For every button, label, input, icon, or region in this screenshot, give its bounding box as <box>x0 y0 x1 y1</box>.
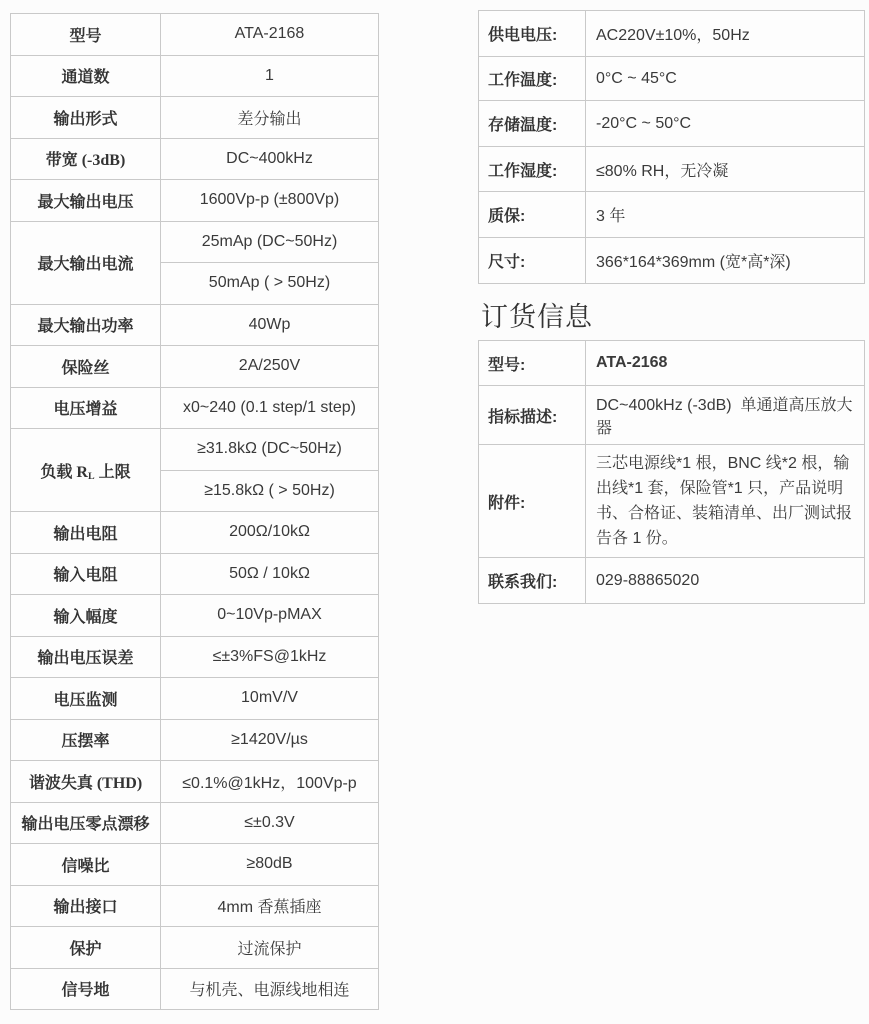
spec-value-thd: ≤0.1%@1kHz，100Vp-p <box>161 761 379 803</box>
spec-label-model: 型号 <box>11 14 161 56</box>
spec-label-channels: 通道数 <box>11 55 161 97</box>
spec-label-voltage-gain: 电压增益 <box>11 387 161 429</box>
spec-label-slew-rate: 压摆率 <box>11 719 161 761</box>
spec-value-channels: 1 <box>161 55 379 97</box>
env-label-warranty: 质保: <box>479 192 586 238</box>
spec-value-fuse: 2A/250V <box>161 346 379 388</box>
spec-label-input-resistance: 输入电阻 <box>11 553 161 595</box>
spec-value-output-form: 差分输出 <box>161 97 379 139</box>
spec-label-load-limit: 负载 RL 上限 <box>11 429 161 512</box>
order-value-accessories: 三芯电源线*1 根，BNC 线*2 根，输出线*1 套，保险管*1 只，产品说明… <box>586 445 865 558</box>
order-label-model: 型号: <box>479 341 586 386</box>
ordering-info-heading: 订货信息 <box>481 295 593 334</box>
spec-value-max-output-current-high: 50mAp ( > 50Hz) <box>161 263 379 305</box>
spec-value-output-connector: 4mm 香蕉插座 <box>161 885 379 927</box>
spec-value-output-voltage-error: ≤±3%FS@1kHz <box>161 636 379 678</box>
subscript-L: L <box>88 470 95 481</box>
spec-value-signal-ground: 与机壳、电源线地相连 <box>161 968 379 1010</box>
env-value-humidity: ≤80% RH，无冷凝 <box>586 147 865 192</box>
order-value-contact: 029-88865020 <box>586 558 865 604</box>
spec-label-thd: 谐波失真 (THD) <box>11 761 161 803</box>
order-label-accessories: 附件: <box>479 445 586 558</box>
spec-value-model: ATA-2168 <box>161 14 379 56</box>
order-label-contact: 联系我们: <box>479 558 586 604</box>
spec-value-load-limit-high: ≥15.8kΩ ( > 50Hz) <box>161 470 379 512</box>
env-label-operating-temp: 工作温度: <box>479 57 586 101</box>
env-value-dimensions: 366*164*369mm (宽*高*深) <box>586 238 865 284</box>
order-value-description: DC~400kHz (-3dB) 单通道高压放大器 <box>586 386 865 445</box>
spec-value-snr: ≥80dB <box>161 844 379 886</box>
spec-label-fuse: 保险丝 <box>11 346 161 388</box>
spec-value-max-output-current-low: 25mAp (DC~50Hz) <box>161 221 379 263</box>
env-value-operating-temp: 0°C ~ 45°C <box>586 57 865 101</box>
spec-value-max-output-voltage: 1600Vp-p (±800Vp) <box>161 180 379 222</box>
spec-label-signal-ground: 信号地 <box>11 968 161 1010</box>
spec-label-bandwidth: 带宽 (-3dB) <box>11 138 161 180</box>
order-value-model: ATA-2168 <box>586 341 865 386</box>
env-label-dimensions: 尺寸: <box>479 238 586 284</box>
spec-label-voltage-monitor: 电压监测 <box>11 678 161 720</box>
spec-label-max-output-current: 最大输出电流 <box>11 221 161 304</box>
spec-label-protection: 保护 <box>11 927 161 969</box>
env-value-storage-temp: -20°C ~ 50°C <box>586 101 865 147</box>
spec-label-output-connector: 输出接口 <box>11 885 161 927</box>
spec-value-bandwidth: DC~400kHz <box>161 138 379 180</box>
spec-label-max-output-power: 最大输出功率 <box>11 304 161 346</box>
ordering-table: 型号: ATA-2168 指标描述: DC~400kHz (-3dB) 单通道高… <box>478 340 865 604</box>
env-label-humidity: 工作湿度: <box>479 147 586 192</box>
environment-table: 供电电压: AC220V±10%，50Hz 工作温度: 0°C ~ 45°C 存… <box>478 10 865 284</box>
spec-value-voltage-monitor: 10mV/V <box>161 678 379 720</box>
spec-value-max-output-power: 40Wp <box>161 304 379 346</box>
spec-label-output-form: 输出形式 <box>11 97 161 139</box>
env-label-supply-voltage: 供电电压: <box>479 11 586 57</box>
spec-value-protection: 过流保护 <box>161 927 379 969</box>
specification-table: 型号 ATA-2168 通道数 1 输出形式 差分输出 带宽 (-3dB) DC… <box>10 13 379 1010</box>
env-value-supply-voltage: AC220V±10%，50Hz <box>586 11 865 57</box>
spec-value-input-amplitude: 0~10Vp-pMAX <box>161 595 379 637</box>
spec-label-max-output-voltage: 最大输出电压 <box>11 180 161 222</box>
spec-value-input-resistance: 50Ω / 10kΩ <box>161 553 379 595</box>
spec-value-load-limit-low: ≥31.8kΩ (DC~50Hz) <box>161 429 379 471</box>
spec-value-zero-drift: ≤±0.3V <box>161 802 379 844</box>
spec-value-voltage-gain: x0~240 (0.1 step/1 step) <box>161 387 379 429</box>
spec-label-output-voltage-error: 输出电压误差 <box>11 636 161 678</box>
spec-sheet-page: 型号 ATA-2168 通道数 1 输出形式 差分输出 带宽 (-3dB) DC… <box>0 0 869 1024</box>
spec-label-snr: 信噪比 <box>11 844 161 886</box>
spec-value-output-resistance: 200Ω/10kΩ <box>161 512 379 554</box>
order-label-description: 指标描述: <box>479 386 586 445</box>
spec-value-slew-rate: ≥1420V/µs <box>161 719 379 761</box>
spec-label-output-resistance: 输出电阻 <box>11 512 161 554</box>
spec-label-zero-drift: 输出电压零点漂移 <box>11 802 161 844</box>
env-label-storage-temp: 存储温度: <box>479 101 586 147</box>
spec-label-input-amplitude: 输入幅度 <box>11 595 161 637</box>
env-value-warranty: 3 年 <box>586 192 865 238</box>
